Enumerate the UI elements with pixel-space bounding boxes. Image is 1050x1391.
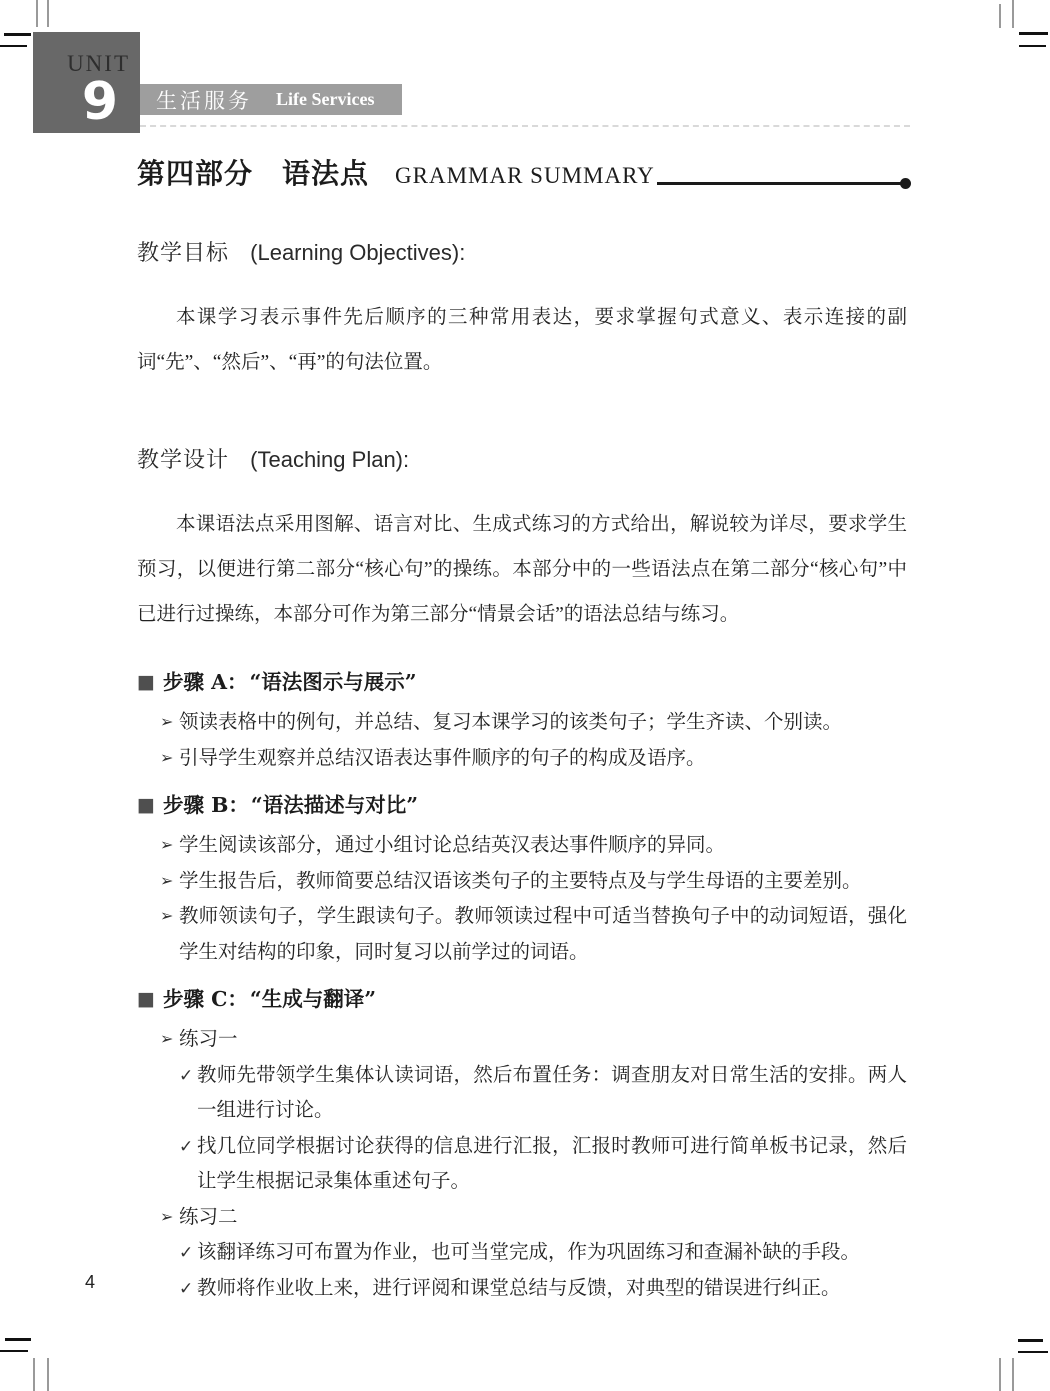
unit-title-zh: 生活服务 — [156, 85, 252, 115]
teaching-plan-heading: 教学设计 (Teaching Plan): — [137, 443, 907, 474]
list-item-text: 练习一 — [179, 1022, 907, 1058]
teaching-plan-paragraph: 本课语法点采用图解、语言对比、生成式练习的方式给出，解说较为详尽，要求学生预习，… — [137, 502, 907, 637]
square-bullet-icon: ■ — [137, 990, 155, 1009]
crop-mark — [0, 1350, 28, 1352]
crop-mark — [1018, 1339, 1043, 1342]
list-item: ✓ 教师将作业收上来，进行评阅和课堂总结与反馈，对典型的错误进行纠正。 — [137, 1271, 907, 1307]
page-content: 第四部分 语法点 GRAMMAR SUMMARY 教学目标 (Learning … — [137, 152, 907, 1306]
crop-mark — [1012, 0, 1014, 28]
list-item: ➢ 学生阅读该部分，通过小组讨论总结英汉表达事件顺序的异同。 — [137, 828, 907, 864]
section-title-en: GRAMMAR SUMMARY — [395, 163, 655, 189]
objectives-paragraph: 本课学习表示事件先后顺序的三种常用表达，要求掌握句式意义、表示连接的副词“先”、… — [137, 295, 907, 385]
crop-mark — [5, 1338, 31, 1341]
crop-mark — [999, 4, 1001, 28]
step-a-label: 步骤 A： — [163, 669, 248, 696]
list-item: ✓ 找几位同学根据讨论获得的信息进行汇报，汇报时教师可进行简单板书记录，然后让学… — [137, 1129, 907, 1200]
page-number: 4 — [85, 1272, 95, 1293]
list-item-text: 教师领读句子，学生跟读句子。教师领读过程中可适当替换句子中的动词短语，强化学生对… — [179, 899, 907, 970]
list-item-text: 学生阅读该部分，通过小组讨论总结英汉表达事件顺序的异同。 — [179, 828, 907, 864]
teaching-plan-heading-zh: 教学设计 — [137, 447, 229, 472]
check-bullet-icon: ✓ — [179, 1271, 197, 1307]
unit-title-en: Life Services — [276, 89, 374, 110]
section-title-zh: 第四部分 语法点 — [137, 152, 369, 192]
list-item: ✓ 该翻译练习可布置为作业，也可当堂完成，作为巩固练习和查漏补缺的手段。 — [137, 1235, 907, 1271]
step-c-heading: ■ 步骤 C： “生成与翻译” — [137, 986, 907, 1013]
crop-mark — [47, 1358, 49, 1391]
crop-mark — [1019, 32, 1048, 35]
objectives-heading-en: (Learning Objectives): — [250, 240, 465, 265]
square-bullet-icon: ■ — [137, 796, 155, 815]
spacer — [137, 385, 907, 443]
objectives-heading-zh: 教学目标 — [137, 240, 229, 265]
arrow-bullet-icon: ➢ — [160, 741, 179, 777]
check-bullet-icon: ✓ — [179, 1235, 197, 1271]
objectives-heading: 教学目标 (Learning Objectives): — [137, 236, 907, 267]
list-item-text: 该翻译练习可布置为作业，也可当堂完成，作为巩固练习和查漏补缺的手段。 — [197, 1235, 907, 1271]
teaching-plan-heading-en: (Teaching Plan): — [250, 447, 409, 472]
unit-number: 9 — [82, 77, 130, 127]
list-item-text: 找几位同学根据讨论获得的信息进行汇报，汇报时教师可进行简单板书记录，然后让学生根… — [197, 1129, 907, 1200]
step-b-label: 步骤 B： — [163, 792, 249, 819]
step-b: ■ 步骤 B： “语法描述与对比” ➢ 学生阅读该部分，通过小组讨论总结英汉表达… — [137, 792, 907, 970]
step-a: ■ 步骤 A： “语法图示与展示” ➢ 领读表格中的例句，并总结、复习本课学习的… — [137, 669, 907, 776]
crop-mark — [999, 1358, 1001, 1391]
crop-mark — [1018, 1351, 1048, 1353]
step-c: ■ 步骤 C： “生成与翻译” ➢ 练习一 ✓ 教师先带领学生集体认读词语，然后… — [137, 986, 907, 1306]
list-item: ➢ 教师领读句子，学生跟读句子。教师领读过程中可适当替换句子中的动词短语，强化学… — [137, 899, 907, 970]
crop-mark — [33, 1358, 35, 1391]
list-item-text: 教师先带领学生集体认读词语，然后布置任务：调查朋友对日常生活的安排。两人一组进行… — [197, 1058, 907, 1129]
check-bullet-icon: ✓ — [179, 1058, 197, 1129]
title-underline — [657, 182, 907, 185]
arrow-bullet-icon: ➢ — [160, 828, 179, 864]
list-item-text: 学生报告后，教师简要总结汉语该类句子的主要特点及与学生母语的主要差别。 — [179, 864, 907, 900]
list-item: ➢ 引导学生观察并总结汉语表达事件顺序的句子的构成及语序。 — [137, 741, 907, 777]
list-item-text: 领读表格中的例句，并总结、复习本课学习的该类句子；学生齐读、个别读。 — [179, 705, 907, 741]
list-item: ➢ 练习二 — [137, 1200, 907, 1236]
list-item: ➢ 领读表格中的例句，并总结、复习本课学习的该类句子；学生齐读、个别读。 — [137, 705, 907, 741]
arrow-bullet-icon: ➢ — [160, 899, 179, 970]
list-item-text: 练习二 — [179, 1200, 907, 1236]
spacer — [137, 637, 907, 653]
step-b-heading: ■ 步骤 B： “语法描述与对比” — [137, 792, 907, 819]
arrow-bullet-icon: ➢ — [160, 864, 179, 900]
square-bullet-icon: ■ — [137, 673, 155, 692]
document-page: UNIT 9 生活服务 Life Services 第四部分 语法点 GRAMM… — [0, 0, 1050, 1391]
check-bullet-icon: ✓ — [179, 1129, 197, 1200]
arrow-bullet-icon: ➢ — [160, 705, 179, 741]
list-item: ➢ 练习一 — [137, 1022, 907, 1058]
list-item: ➢ 学生报告后，教师简要总结汉语该类句子的主要特点及与学生母语的主要差别。 — [137, 864, 907, 900]
crop-mark — [36, 0, 38, 27]
step-c-title: “生成与翻译” — [250, 986, 376, 1013]
step-b-title: “语法描述与对比” — [251, 792, 418, 819]
crop-mark — [4, 33, 31, 36]
list-item: ✓ 教师先带领学生集体认读词语，然后布置任务：调查朋友对日常生活的安排。两人一组… — [137, 1058, 907, 1129]
list-item-text: 教师将作业收上来，进行评阅和课堂总结与反馈，对典型的错误进行纠正。 — [197, 1271, 907, 1307]
step-a-heading: ■ 步骤 A： “语法图示与展示” — [137, 669, 907, 696]
step-a-title: “语法图示与展示” — [250, 669, 417, 696]
crop-mark — [0, 45, 27, 47]
step-c-label: 步骤 C： — [163, 986, 248, 1013]
section-title: 第四部分 语法点 GRAMMAR SUMMARY — [137, 152, 907, 192]
list-item-text: 引导学生观察并总结汉语表达事件顺序的句子的构成及语序。 — [179, 741, 907, 777]
header-divider — [140, 125, 910, 127]
unit-number-box: UNIT 9 — [33, 32, 140, 133]
unit-title-bar: 生活服务 Life Services — [140, 84, 402, 115]
crop-mark — [1012, 1358, 1014, 1391]
crop-mark — [1019, 45, 1046, 47]
arrow-bullet-icon: ➢ — [160, 1200, 179, 1236]
crop-mark — [47, 0, 49, 27]
arrow-bullet-icon: ➢ — [160, 1022, 179, 1058]
